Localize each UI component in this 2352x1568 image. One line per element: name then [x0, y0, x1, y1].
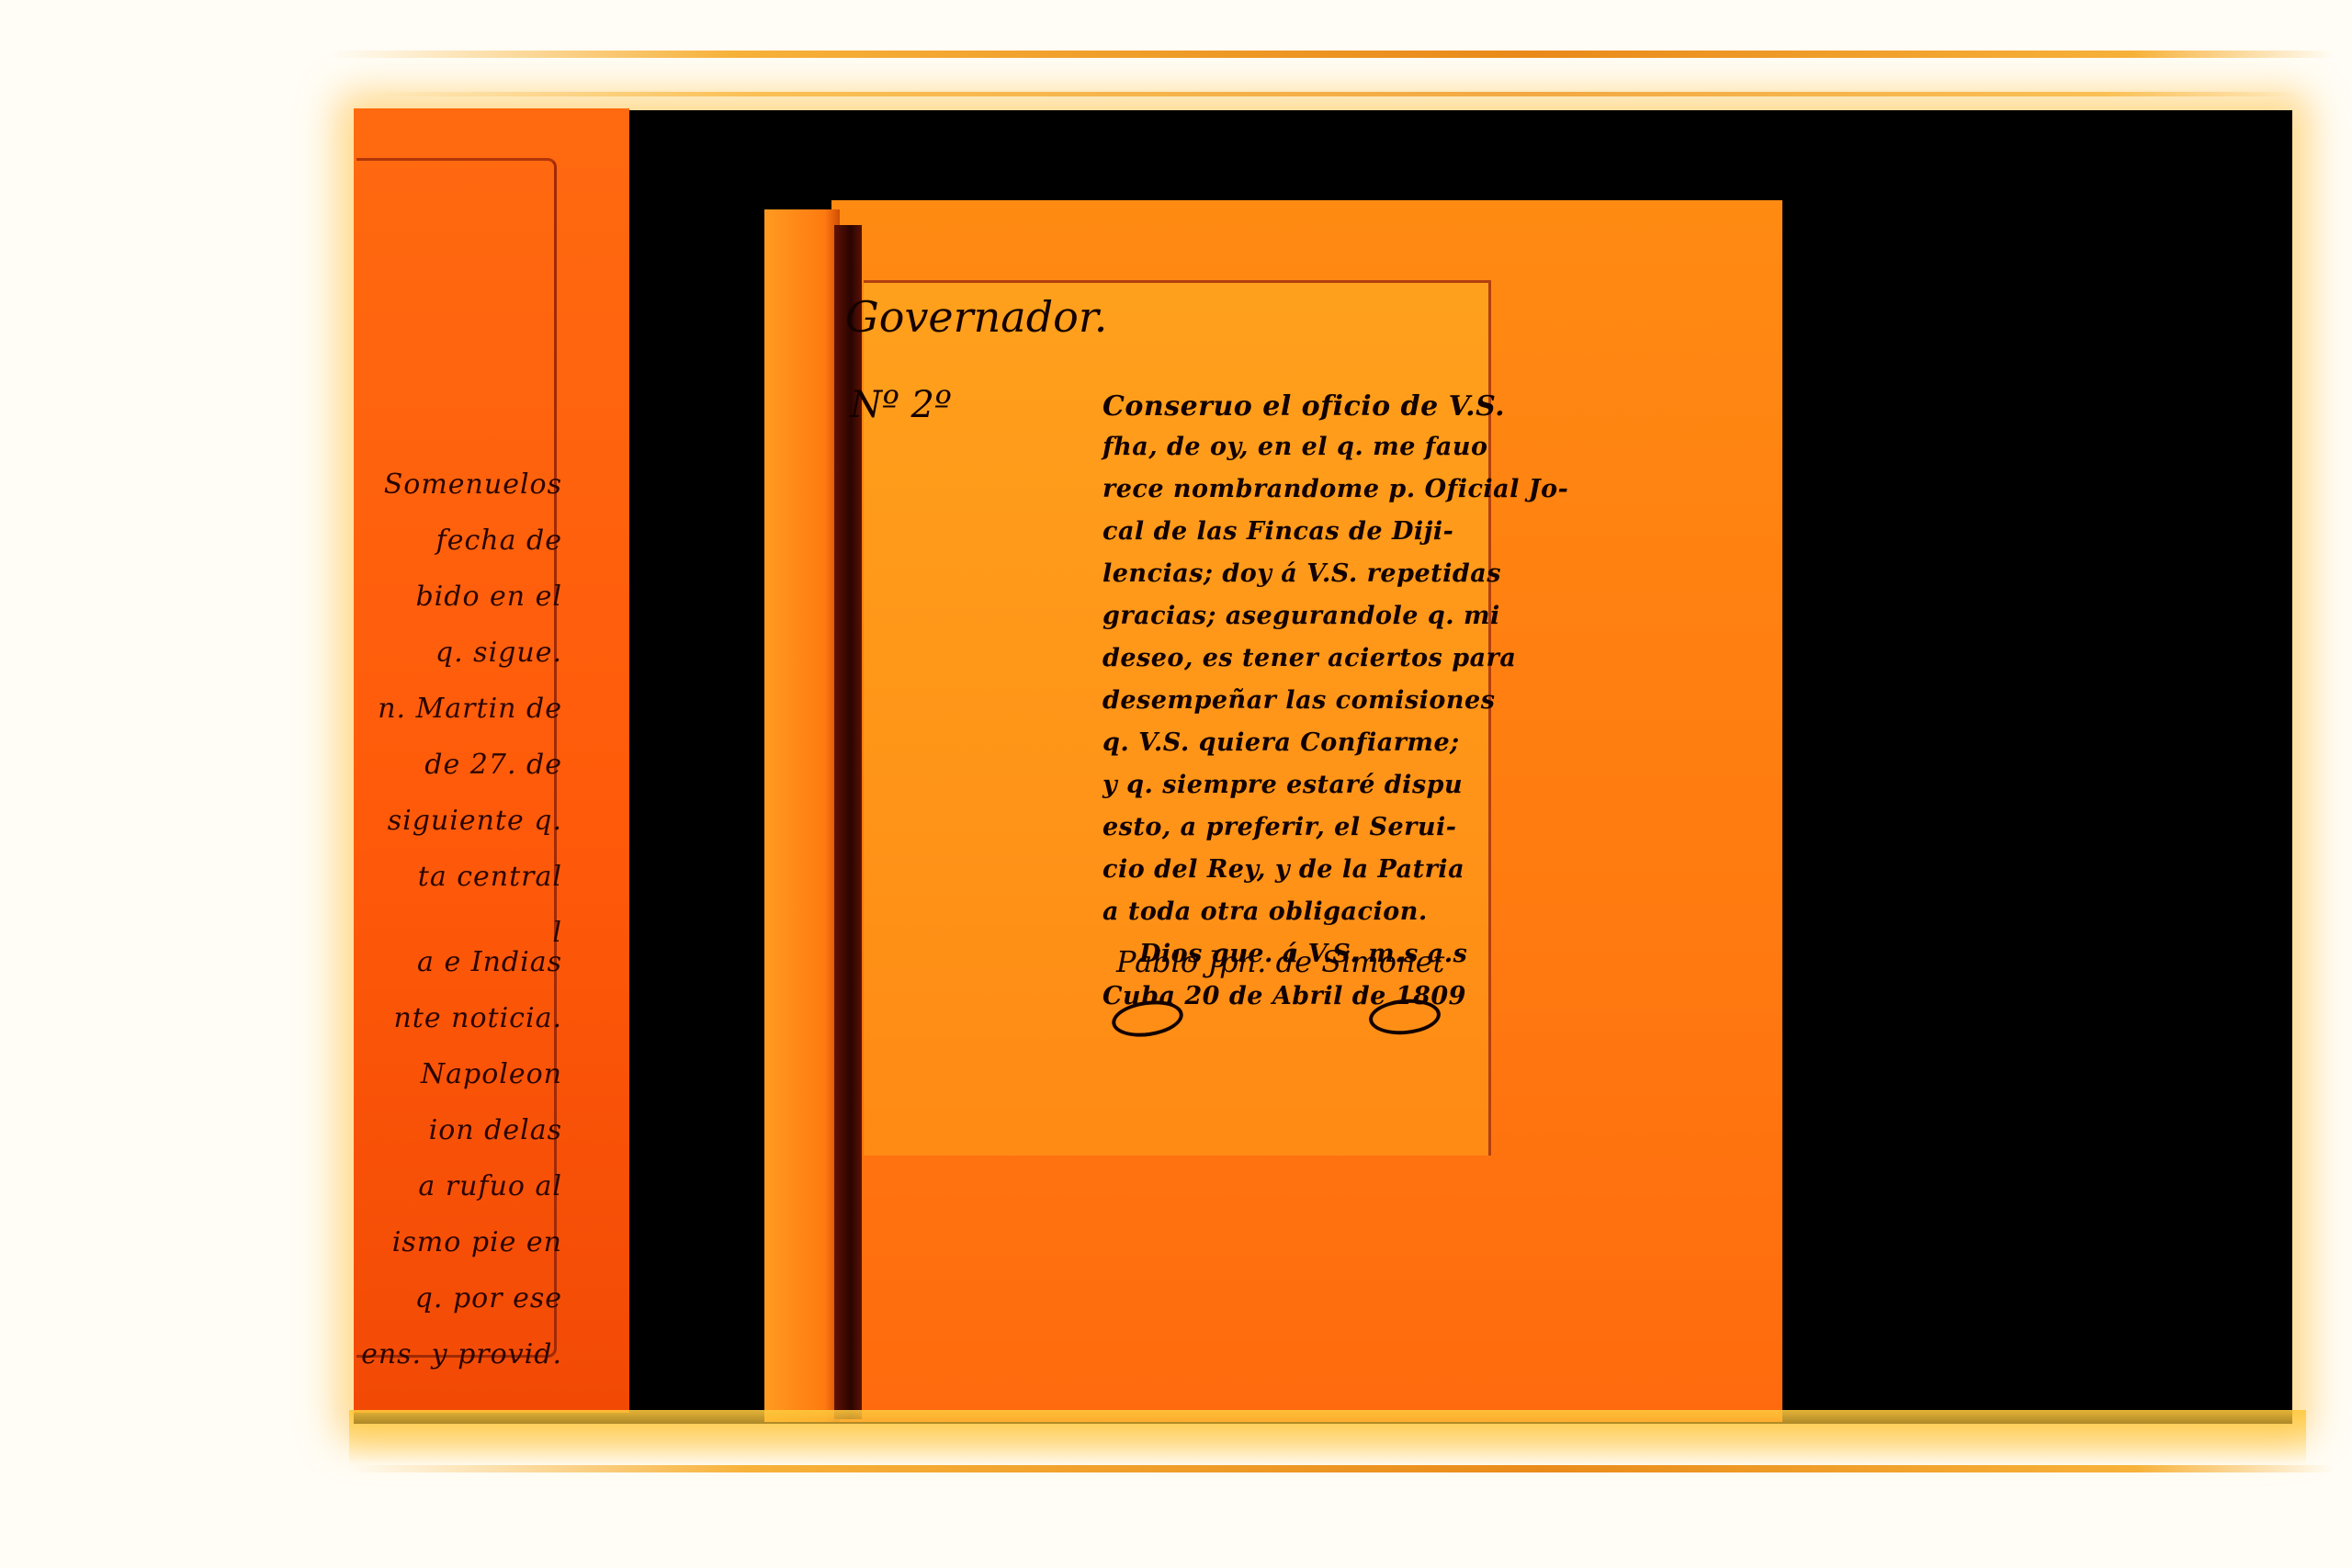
left-line: Napoleon [360, 1058, 562, 1114]
left-line: q. por ese [360, 1282, 562, 1338]
left-line: q. sigue. [360, 637, 562, 693]
left-line: ismo pie en [360, 1226, 562, 1282]
letter-line: cio del Rey, y de la Patria [1102, 855, 1488, 897]
document-number: Nº 2º [850, 384, 952, 426]
left-line: siguiente q. [360, 805, 562, 861]
letter-line: gracias; asegurandole q. mi [1102, 602, 1488, 644]
left-line: bido en el [360, 581, 562, 637]
left-line: de 27. de [360, 749, 562, 805]
left-line: l [360, 917, 562, 946]
letter-line: lencias; doy á V.S. repetidas [1102, 559, 1488, 602]
folder-edge-strip [764, 209, 840, 1422]
overexposed-bottom-edge [349, 1410, 2306, 1465]
mount-bottom-edge [349, 1465, 2334, 1472]
left-line: fecha de [360, 525, 562, 581]
margin-title: Governador. [845, 292, 1107, 342]
left-line: a e Indias [360, 946, 562, 1002]
letter-line: rece nombrandome p. Oficial Jo- [1102, 475, 1488, 517]
letter-body: Conseruo el oficio de V.S. fha, de oy, e… [1102, 390, 1488, 1024]
letter-line: Conseruo el oficio de V.S. [1102, 390, 1488, 433]
mount-top-edge [331, 51, 2334, 58]
letter-line: y q. siempre estaré dispu [1102, 771, 1488, 813]
letter-line: cal de las Fincas de Diji- [1102, 517, 1488, 559]
letter-line: a toda otra obligacion. [1102, 897, 1488, 940]
letter-line: fha, de oy, en el q. me fauo [1102, 433, 1488, 475]
left-line: ion delas [360, 1114, 562, 1170]
left-line: Somenuelos [360, 468, 562, 525]
left-line: ens. y provid. [360, 1338, 562, 1394]
left-line: nte noticia. [360, 1002, 562, 1058]
letter-line: esto, a preferir, el Serui- [1102, 813, 1488, 855]
letter-line: q. V.S. quiera Confiarme; [1102, 728, 1488, 771]
letter-line: deseo, es tener aciertos para [1102, 644, 1488, 686]
signature: Pablo Jph. de Simonet [1116, 944, 1444, 979]
mount-inner-top-edge [367, 92, 2297, 96]
left-line: a rufuo al [360, 1170, 562, 1226]
left-page-text: Somenuelos fecha de bido en el q. sigue.… [360, 468, 562, 1394]
letter-line: desempeñar las comisiones [1102, 686, 1488, 728]
left-line: ta central [360, 861, 562, 917]
left-line: n. Martin de [360, 693, 562, 749]
